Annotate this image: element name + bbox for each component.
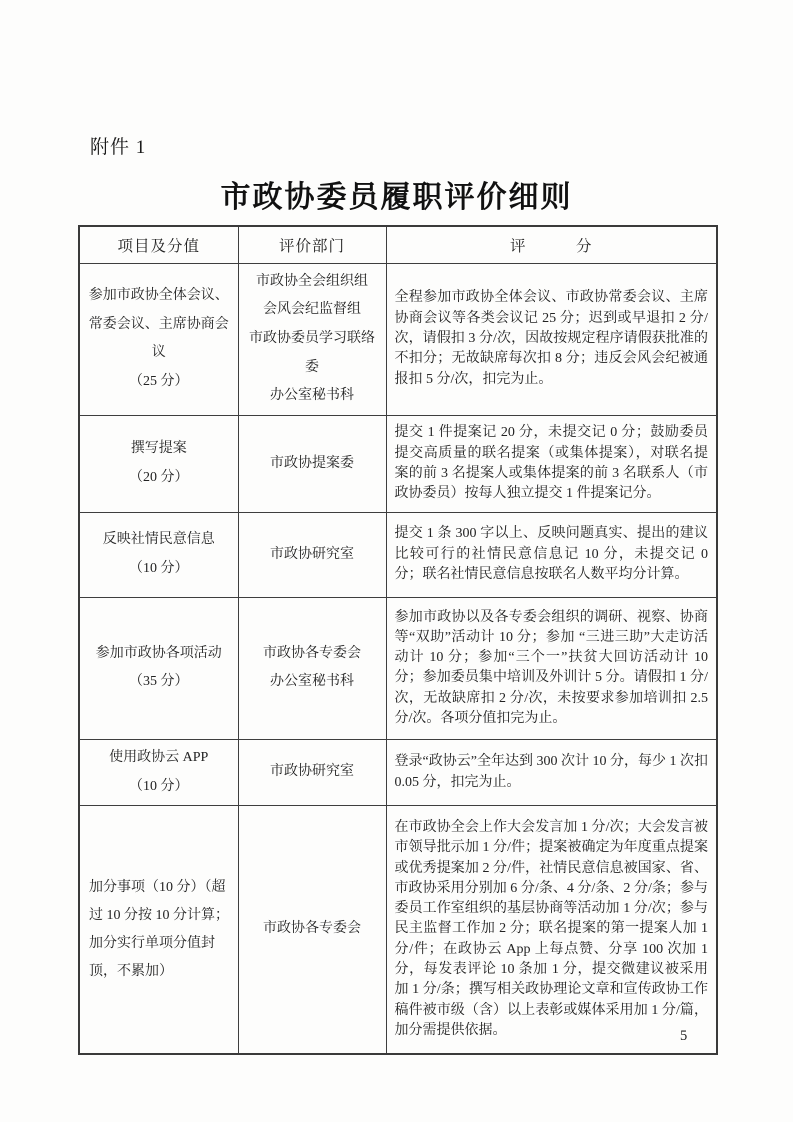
row-item: 参加市政协各项活动 （35 分） xyxy=(79,597,238,739)
row-department: 市政协提案委 xyxy=(238,415,386,512)
col-header-score: 评 分 xyxy=(386,226,717,263)
row-item: 参加市政协全体会议、常委会议、主席协商会议 （25 分） xyxy=(79,263,238,415)
row-department: 市政协各专委会 xyxy=(238,806,386,1054)
table-row: 参加市政协各项活动 （35 分）市政协各专委会 办公室秘书科参加市政协以及各专委… xyxy=(79,597,717,739)
page-number: 5 xyxy=(680,1028,687,1045)
row-item: 使用政协云 APP （10 分） xyxy=(79,739,238,805)
row-item: 加分事项（10 分）（超过 10 分按 10 分计算；加分实行单项分值封顶，不累… xyxy=(79,806,238,1054)
row-score: 在市政协全会上作大会发言加 1 分/次；大会发言被市领导批示加 1 分/件；提案… xyxy=(386,806,717,1054)
table-row: 使用政协云 APP （10 分）市政协研究室登录“政协云”全年达到 300 次计… xyxy=(79,739,717,805)
row-score: 参加市政协以及各专委会组织的调研、视察、协商等“双助”活动计 10 分；参加 “… xyxy=(386,597,717,739)
row-score: 提交 1 件提案记 20 分，未提交记 0 分；鼓励委员提交高质量的联名提案（或… xyxy=(386,415,717,512)
row-score: 提交 1 条 300 字以上、反映问题真实、提出的建议比较可行的社情民意信息记 … xyxy=(386,512,717,597)
table-row: 参加市政协全体会议、常委会议、主席协商会议 （25 分）市政协全会组织组 会风会… xyxy=(79,263,717,415)
evaluation-table: 项目及分值 评价部门 评 分 参加市政协全体会议、常委会议、主席协商会议 （25… xyxy=(78,225,718,1055)
col-header-item-score: 项目及分值 xyxy=(79,226,238,263)
row-department: 市政协各专委会 办公室秘书科 xyxy=(238,597,386,739)
table-row: 反映社情民意信息 （10 分）市政协研究室提交 1 条 300 字以上、反映问题… xyxy=(79,512,717,597)
row-score: 登录“政协云”全年达到 300 次计 10 分，每少 1 次扣 0.05 分，扣… xyxy=(386,739,717,805)
header-row: 项目及分值 评价部门 评 分 xyxy=(79,226,717,263)
row-item: 撰写提案 （20 分） xyxy=(79,415,238,512)
document-page: 附件 1 市政协委员履职评价细则 项目及分值 评价部门 评 分 参加市政协全体会… xyxy=(0,0,793,1122)
table-header: 项目及分值 评价部门 评 分 xyxy=(79,226,717,263)
table-row: 撰写提案 （20 分）市政协提案委提交 1 件提案记 20 分，未提交记 0 分… xyxy=(79,415,717,512)
table-row: 加分事项（10 分）（超过 10 分按 10 分计算；加分实行单项分值封顶，不累… xyxy=(79,806,717,1054)
page-title: 市政协委员履职评价细则 xyxy=(0,172,793,216)
row-item: 反映社情民意信息 （10 分） xyxy=(79,512,238,597)
rules-table-body: 参加市政协全体会议、常委会议、主席协商会议 （25 分）市政协全会组织组 会风会… xyxy=(79,263,717,1054)
col-header-department: 评价部门 xyxy=(238,226,386,263)
row-department: 市政协研究室 xyxy=(238,512,386,597)
row-department: 市政协全会组织组 会风会纪监督组 市政协委员学习联络委 办公室秘书科 xyxy=(238,263,386,415)
attachment-label: 附件 1 xyxy=(90,132,146,159)
row-score: 全程参加市政协全体会议、市政协常委会议、主席协商会议等各类会议记 25 分；迟到… xyxy=(386,263,717,415)
row-department: 市政协研究室 xyxy=(238,739,386,805)
